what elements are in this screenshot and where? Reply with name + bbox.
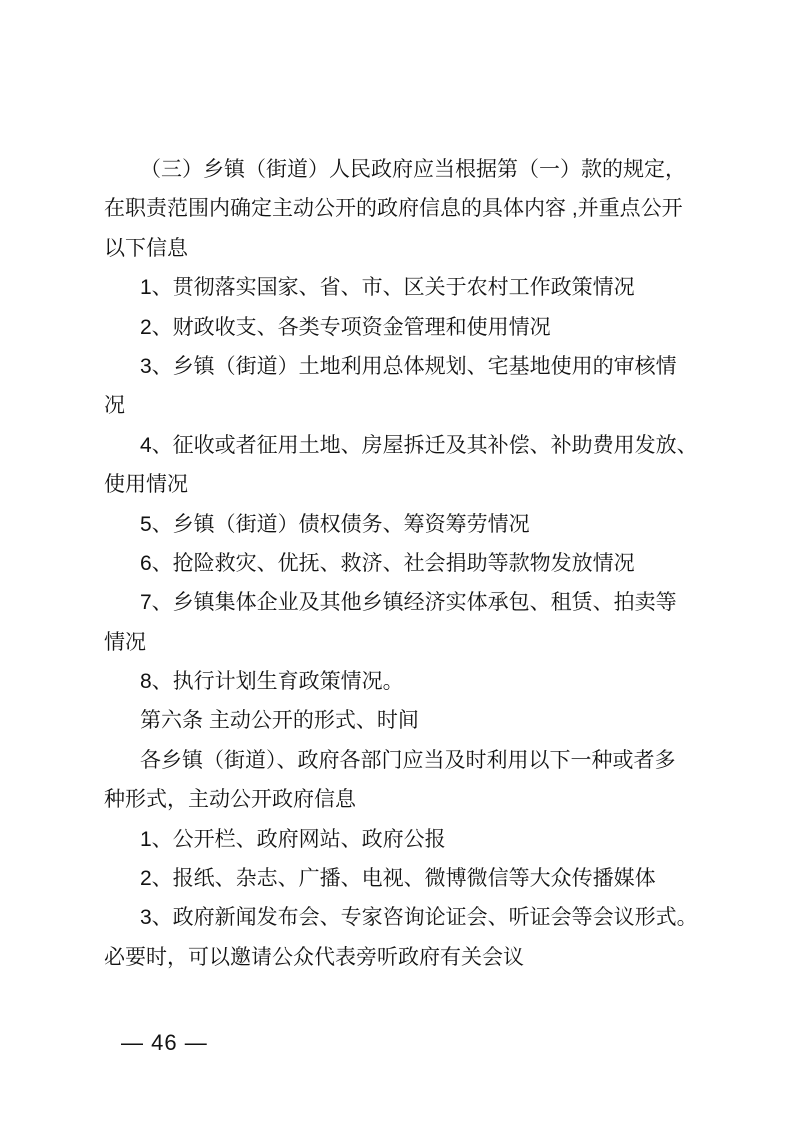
document-body: （三）乡镇（街道）人民政府应当根据第（一）款的规定， 在职责范围内确定主动公开的… [104,150,710,977]
text-line: 第六条 主动公开的形式、时间 [104,701,710,740]
text-line: 4、征收或者征用土地、房屋拆迁及其补偿、补助费用发放、 [104,426,710,465]
text-line: 情况 [104,623,710,662]
text-line: 6、抢险救灾、优抚、救济、社会捐助等款物发放情况 [104,544,710,583]
text-line: 2、财政收支、各类专项资金管理和使用情况 [104,308,710,347]
document-page: （三）乡镇（街道）人民政府应当根据第（一）款的规定， 在职责范围内确定主动公开的… [0,0,793,1122]
text-line: 8、执行计划生育政策情况。 [104,662,710,701]
text-line: 况 [104,386,710,425]
text-line: 种形式，主动公开政府信息 [104,780,710,819]
text-line: 1、公开栏、政府网站、政府公报 [104,820,710,859]
text-line: 7、乡镇集体企业及其他乡镇经济实体承包、租赁、拍卖等 [104,583,710,622]
text-line: 1、贯彻落实国家、省、市、区关于农村工作政策情况 [104,268,710,307]
text-line: （三）乡镇（街道）人民政府应当根据第（一）款的规定， [104,150,710,189]
page-number: — 46 — [121,1031,208,1055]
text-line: 使用情况 [104,465,710,504]
text-line: 在职责范围内确定主动公开的政府信息的具体内容 ,并重点公开 [104,189,710,228]
text-line: 各乡镇（街道）、政府各部门应当及时利用以下一种或者多 [104,741,710,780]
text-line: 3、乡镇（街道）土地利用总体规划、宅基地使用的审核情 [104,347,710,386]
text-line: 2、报纸、杂志、广播、电视、微博微信等大众传播媒体 [104,859,710,898]
text-line: 以下信息 [104,229,710,268]
text-line: 必要时，可以邀请公众代表旁听政府有关会议 [104,938,710,977]
text-line: 3、政府新闻发布会、专家咨询论证会、听证会等会议形式。 [104,898,710,937]
text-line: 5、乡镇（街道）债权债务、筹资筹劳情况 [104,505,710,544]
